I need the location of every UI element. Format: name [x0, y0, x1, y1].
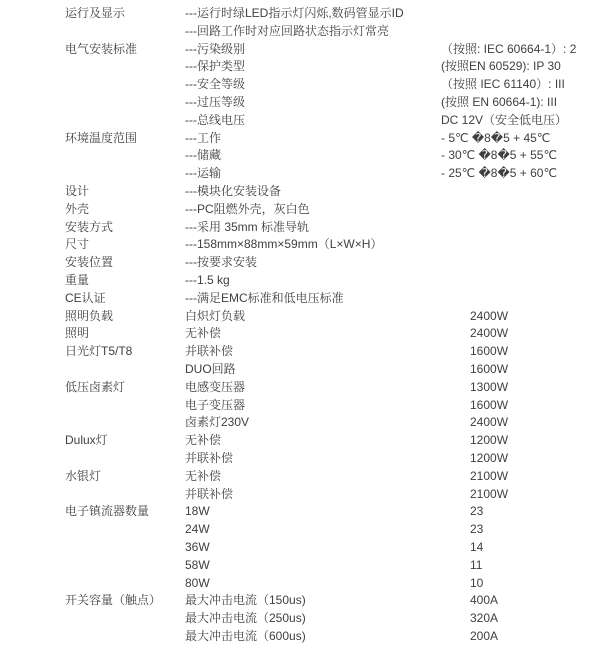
table-row: 最大冲击电流（600us)200A [0, 628, 616, 646]
row-description: ---安全等级 [185, 76, 441, 94]
row-value: 2400W [441, 414, 508, 432]
row-description: ---满足EMC标准和低电压标准 [185, 290, 441, 308]
table-row: CE认证---满足EMC标准和低电压标准 [0, 290, 616, 308]
table-row: 水银灯无补偿2100W [0, 468, 616, 486]
row-description: 电子变压器 [185, 397, 441, 415]
row-label [65, 450, 185, 468]
row-description: 并联补偿 [185, 343, 441, 361]
table-row: ---过压等级(按照 EN 60664-1): III [0, 94, 616, 112]
row-value: 200A [441, 628, 498, 646]
table-row: 安装方式---采用 35mm 标准导轨 [0, 219, 616, 237]
row-label [65, 361, 185, 379]
table-row: 36W14 [0, 539, 616, 557]
table-row: 开关容量（触点）最大冲击电流（150us)400A [0, 592, 616, 610]
row-description: 36W [185, 539, 441, 557]
row-label: 安装方式 [65, 219, 185, 237]
spec-table: 运行及显示---运行时绿LED指示灯闪烁,数码管显示ID---回路工作时对应回路… [0, 0, 616, 646]
row-label: 尺寸 [65, 236, 185, 254]
table-row: 环境温度范围---工作- 5℃ �8�5 + 45℃ [0, 130, 616, 148]
row-label [65, 165, 185, 183]
row-description: 电感变压器 [185, 379, 441, 397]
row-label: 开关容量（触点） [65, 592, 185, 610]
row-value: (按照EN 60529): IP 30 [441, 58, 561, 76]
row-description: 无补偿 [185, 432, 441, 450]
row-value: 1600W [441, 361, 508, 379]
table-row: ---安全等级（按照 IEC 61140）: III [0, 76, 616, 94]
spec-sheet-page: 运行及显示---运行时绿LED指示灯闪烁,数码管显示ID---回路工作时对应回路… [0, 0, 616, 651]
row-description: 最大冲击电流（250us) [185, 610, 441, 628]
table-row: 日光灯T5/T8并联补偿1600W [0, 343, 616, 361]
row-label: 外壳 [65, 201, 185, 219]
row-value: (按照 EN 60664-1): III [441, 94, 557, 112]
table-row: 设计---模块化安装设备 [0, 183, 616, 201]
row-description: 卤素灯230V [185, 414, 441, 432]
row-label [65, 557, 185, 575]
table-row: ---回路工作时对应回路状态指示灯常亮 [0, 23, 616, 41]
table-row: 安装位置---按要求安装 [0, 254, 616, 272]
row-description: 并联补偿 [185, 450, 441, 468]
row-label: 照明 [65, 325, 185, 343]
table-row: 低压卤素灯电感变压器1300W [0, 379, 616, 397]
row-description: ---运行时绿LED指示灯闪烁,数码管显示ID [185, 5, 441, 23]
row-label: 安装位置 [65, 254, 185, 272]
row-description: ---回路工作时对应回路状态指示灯常亮 [185, 23, 441, 41]
table-row: 电子镇流器数量18W23 [0, 503, 616, 521]
row-description: DUO回路 [185, 361, 441, 379]
row-description: 无补偿 [185, 325, 441, 343]
row-value: 320A [441, 610, 498, 628]
row-description: ---PC阻燃外壳，灰白色 [185, 201, 441, 219]
row-value: 2100W [441, 486, 508, 504]
row-value: 1600W [441, 397, 508, 415]
table-row: ---储藏- 30℃ �8�5 + 55℃ [0, 147, 616, 165]
row-label [65, 628, 185, 646]
table-row: DUO回路1600W [0, 361, 616, 379]
row-description: ---过压等级 [185, 94, 441, 112]
row-description: ---保护类型 [185, 58, 441, 76]
row-value: 2400W [441, 325, 508, 343]
row-value: 1200W [441, 432, 508, 450]
row-label: 设计 [65, 183, 185, 201]
table-row: 电子变压器1600W [0, 397, 616, 415]
row-value: 11 [441, 557, 482, 575]
row-label [65, 58, 185, 76]
table-row: ---保护类型(按照EN 60529): IP 30 [0, 58, 616, 76]
row-description: ---采用 35mm 标准导轨 [185, 219, 441, 237]
row-label [65, 539, 185, 557]
row-value: 2400W [441, 308, 508, 326]
row-description: 18W [185, 503, 441, 521]
row-description: 58W [185, 557, 441, 575]
row-value: 14 [441, 539, 483, 557]
row-label [65, 397, 185, 415]
row-description: ---运输 [185, 165, 441, 183]
row-label [65, 112, 185, 130]
row-label: Dulux灯 [65, 432, 185, 450]
row-description: ---按要求安装 [185, 254, 441, 272]
row-label: 低压卤素灯 [65, 379, 185, 397]
row-label [65, 147, 185, 165]
table-row: 80W10 [0, 575, 616, 593]
row-label [65, 486, 185, 504]
row-description: ---工作 [185, 130, 441, 148]
row-value: - 30℃ �8�5 + 55℃ [441, 147, 557, 165]
row-description: ---158mm×88mm×59mm（L×W×H） [185, 236, 441, 254]
row-description: 并联补偿 [185, 486, 441, 504]
table-row: 电气安装标准---污染级别（按照: IEC 60664-1）: 2 [0, 41, 616, 59]
row-description: ---总线电压 [185, 112, 441, 130]
row-label [65, 94, 185, 112]
row-label: 运行及显示 [65, 5, 185, 23]
row-label [65, 575, 185, 593]
row-value: （按照 IEC 61140）: III [441, 76, 565, 94]
row-label [65, 610, 185, 628]
row-description: 最大冲击电流（600us) [185, 628, 441, 646]
table-row: 58W11 [0, 557, 616, 575]
table-row: 最大冲击电流（250us)320A [0, 610, 616, 628]
row-label: 日光灯T5/T8 [65, 343, 185, 361]
table-row: 运行及显示---运行时绿LED指示灯闪烁,数码管显示ID [0, 5, 616, 23]
row-description: 24W [185, 521, 441, 539]
row-label: 电气安装标准 [65, 41, 185, 59]
row-label: 重量 [65, 272, 185, 290]
table-row: 照明无补偿2400W [0, 325, 616, 343]
row-label: CE认证 [65, 290, 185, 308]
row-label [65, 521, 185, 539]
table-row: 24W23 [0, 521, 616, 539]
row-value: 1200W [441, 450, 508, 468]
row-description: 80W [185, 575, 441, 593]
row-description: 无补偿 [185, 468, 441, 486]
row-value: 23 [441, 503, 483, 521]
table-row: 并联补偿2100W [0, 486, 616, 504]
table-row: 卤素灯230V2400W [0, 414, 616, 432]
table-row: ---总线电压DC 12V（安全低电压） [0, 112, 616, 130]
row-description: ---污染级别 [185, 41, 441, 59]
row-label: 环境温度范围 [65, 130, 185, 148]
row-label: 水银灯 [65, 468, 185, 486]
table-row: 尺寸---158mm×88mm×59mm（L×W×H） [0, 236, 616, 254]
table-row: 外壳---PC阻燃外壳，灰白色 [0, 201, 616, 219]
row-value: （按照: IEC 60664-1）: 2 [441, 41, 576, 59]
row-value: - 5℃ �8�5 + 45℃ [441, 130, 550, 148]
row-value: 10 [441, 575, 483, 593]
row-description: 最大冲击电流（150us) [185, 592, 441, 610]
table-row: ---运输- 25℃ �8�5 + 60℃ [0, 165, 616, 183]
table-row: Dulux灯无补偿1200W [0, 432, 616, 450]
row-description: ---储藏 [185, 147, 441, 165]
row-label [65, 76, 185, 94]
row-value: 2100W [441, 468, 508, 486]
row-label: 电子镇流器数量 [65, 503, 185, 521]
row-label: 照明负载 [65, 308, 185, 326]
row-value: 1600W [441, 343, 508, 361]
row-description: ---模块化安装设备 [185, 183, 441, 201]
row-value: 400A [441, 592, 498, 610]
table-row: 重量---1.5 kg [0, 272, 616, 290]
row-description: ---1.5 kg [185, 272, 441, 290]
row-label [65, 414, 185, 432]
row-value: DC 12V（安全低电压） [441, 112, 567, 130]
row-value: - 25℃ �8�5 + 60℃ [441, 165, 557, 183]
row-label [65, 23, 185, 41]
table-row: 照明负载白炽灯负载2400W [0, 308, 616, 326]
row-description: 白炽灯负载 [185, 308, 441, 326]
row-value: 23 [441, 521, 483, 539]
row-value: 1300W [441, 379, 508, 397]
table-row: 并联补偿1200W [0, 450, 616, 468]
